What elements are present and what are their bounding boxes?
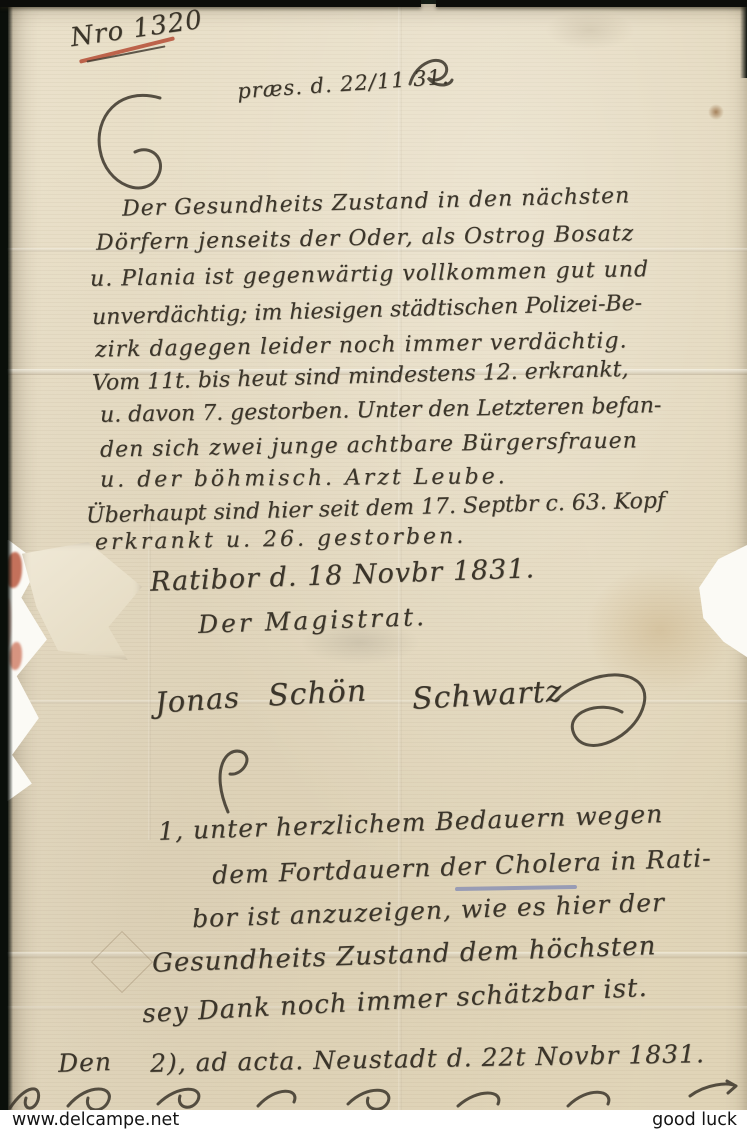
stain-smudge-top bbox=[545, 10, 635, 50]
watermark-goodluck-text: good luck bbox=[652, 1110, 737, 1130]
stain-spot bbox=[708, 104, 724, 120]
signature-jonas: Jonas bbox=[154, 680, 241, 720]
filing-note-addressee: Den bbox=[58, 1047, 113, 1078]
watermark-site-text: www.delcampe.net bbox=[12, 1110, 179, 1130]
top-border-bar-right bbox=[436, 0, 747, 7]
signature-schoen: Schön bbox=[267, 673, 368, 713]
signature-flourish-icon bbox=[548, 662, 658, 770]
letter-line: u. der böhmisch. Arzt Leube. bbox=[100, 464, 508, 493]
top-border-bar-left bbox=[0, 0, 421, 7]
praes-flourish-icon bbox=[406, 54, 454, 94]
paragraph-mark-icon bbox=[192, 742, 262, 818]
scan-edge-left bbox=[0, 0, 13, 1131]
watermark-bar: www.delcampe.net good luck bbox=[0, 1110, 747, 1131]
note-line-post: in Rati- bbox=[601, 843, 712, 876]
arrow-flourish-icon bbox=[688, 1076, 744, 1102]
scan-edge-top-right bbox=[740, 0, 747, 78]
underlined-word-cholera: Cholera bbox=[494, 847, 602, 880]
scanned-letter: Nro 1320 præs. d. 22/11 31. Der Gesundhe… bbox=[0, 0, 747, 1131]
opening-flourish-icon bbox=[88, 92, 180, 208]
